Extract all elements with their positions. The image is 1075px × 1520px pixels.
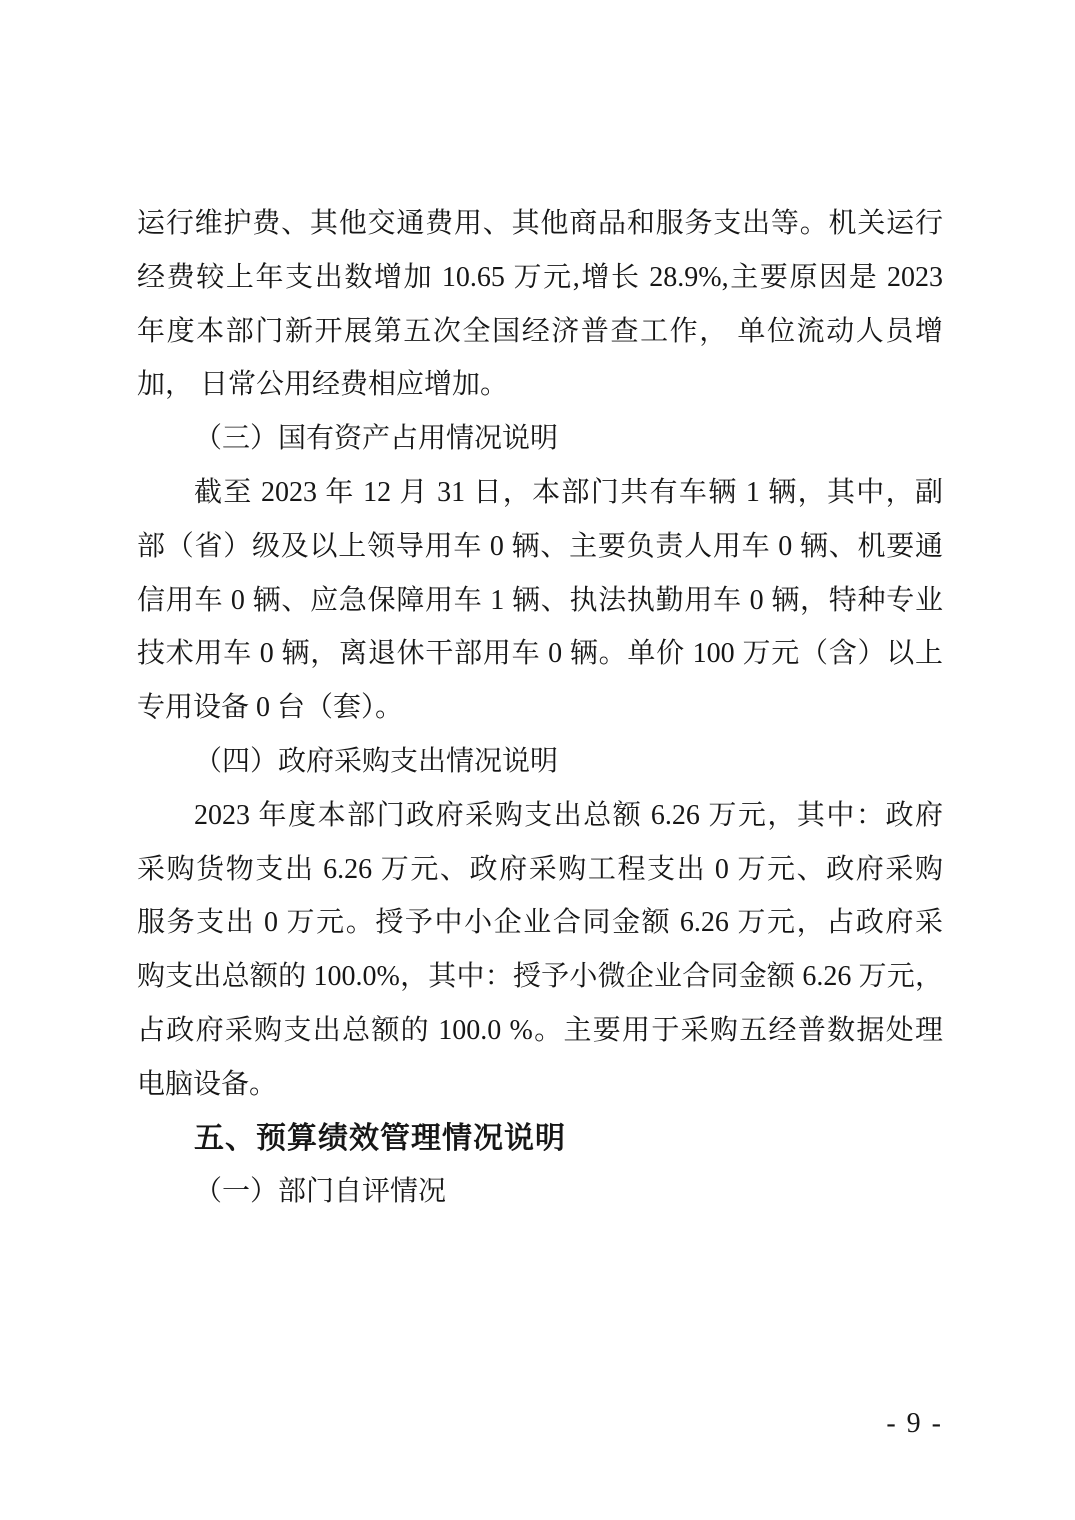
text-line: 电脑设备。 [137, 1058, 943, 1112]
subheading-line: （三）国有资产占用情况说明 [137, 412, 943, 466]
text-line: 技术用车 0 辆，离退休干部用车 0 辆。单价 100 万元（含）以上 [137, 627, 943, 681]
section-heading-line: 五、预算绩效管理情况说明 [137, 1112, 943, 1166]
text-line: 部（省）级及以上领导用车 0 辆、主要负责人用车 0 辆、机要通 [137, 520, 943, 574]
text-line: 2023 年度本部门政府采购支出总额 6.26 万元，其中：政府 [137, 789, 943, 843]
text-line: 运行维护费、其他交通费用、其他商品和服务支出等。机关运行 [137, 197, 943, 251]
document-body: 运行维护费、其他交通费用、其他商品和服务支出等。机关运行经费较上年支出数增加 1… [137, 197, 943, 1219]
subheading-line: （四）政府采购支出情况说明 [137, 735, 943, 789]
text-line: 信用车 0 辆、应急保障用车 1 辆、执法执勤用车 0 辆，特种专业 [137, 574, 943, 628]
text-line: 年度本部门新开展第五次全国经济普查工作， 单位流动人员增 [137, 305, 943, 359]
text-line: 加， 日常公用经费相应增加。 [137, 358, 943, 412]
subheading-line: （一）部门自评情况 [137, 1165, 943, 1219]
document-page: 运行维护费、其他交通费用、其他商品和服务支出等。机关运行经费较上年支出数增加 1… [0, 0, 1075, 1520]
text-line: 购支出总额的 100.0%，其中：授予小微企业合同金额 6.26 万元， [137, 950, 943, 1004]
text-line: 采购货物支出 6.26 万元、政府采购工程支出 0 万元、政府采购 [137, 843, 943, 897]
text-line: 经费较上年支出数增加 10.65 万元,增长 28.9%,主要原因是 2023 [137, 251, 943, 305]
text-line: 专用设备 0 台（套）。 [137, 681, 943, 735]
text-line: 占政府采购支出总额的 100.0 %。主要用于采购五经普数据处理 [137, 1004, 943, 1058]
text-line: 服务支出 0 万元。授予中小企业合同金额 6.26 万元，占政府采 [137, 896, 943, 950]
text-line: 截至 2023 年 12 月 31 日，本部门共有车辆 1 辆，其中，副 [137, 466, 943, 520]
page-number: - 9 - [137, 1404, 943, 1444]
